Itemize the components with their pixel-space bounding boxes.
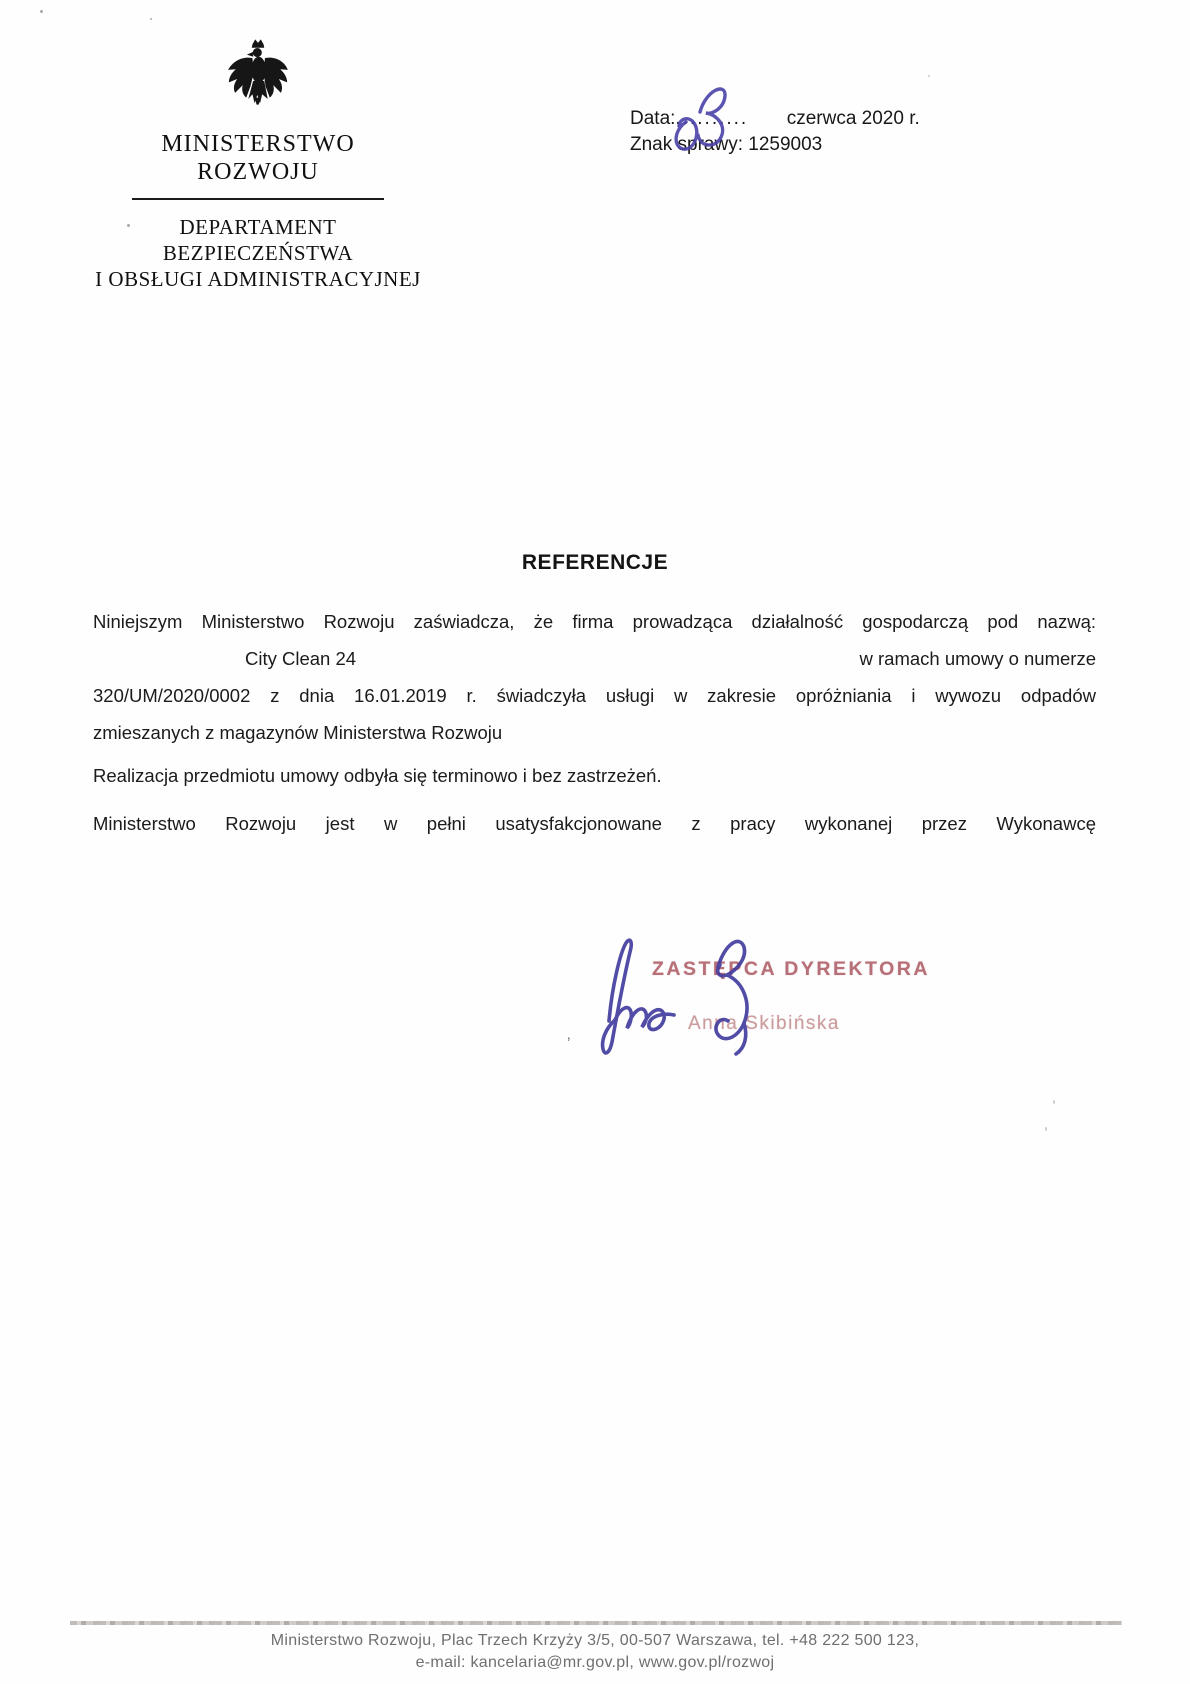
footer-contact-line: e-mail: kancelaria@mr.gov.pl, www.gov.pl…: [0, 1652, 1190, 1674]
scan-comma-artifact: ʼ: [567, 1040, 571, 1050]
paragraph-realization: Realizacja przedmiotu umowy odbyła się t…: [93, 757, 1096, 794]
company-name: City Clean 24: [245, 640, 356, 677]
paragraph-satisfaction: Ministerstwo Rozwoju jest w pełni usatys…: [93, 805, 1096, 842]
polish-eagle-emblem-icon: [226, 38, 290, 106]
document-title: REFERENCJE: [0, 551, 1190, 575]
scan-speck: [127, 224, 130, 227]
document-page: MINISTERSTWO ROZWOJU DEPARTAMENT BEZPIEC…: [0, 0, 1190, 1684]
department-name-line1: DEPARTAMENT: [58, 214, 458, 240]
letterhead: MINISTERSTWO ROZWOJU DEPARTAMENT BEZPIEC…: [58, 38, 458, 292]
date-suffix: czerwca 2020 r.: [787, 108, 920, 129]
handwritten-date-ink: [664, 80, 746, 154]
body-line-2: City Clean 24 w ramach umowy o numerze: [93, 640, 1096, 677]
ministry-name-line1: MINISTERSTWO: [58, 130, 458, 158]
ministry-name-line2: ROZWOJU: [58, 158, 458, 186]
footer-address-line: Ministerstwo Rozwoju, Plac Trzech Krzyży…: [0, 1630, 1190, 1652]
scan-speck: [1053, 1100, 1055, 1104]
scan-speck: [40, 10, 43, 13]
scan-speck: [928, 75, 930, 77]
department-name-line2: BEZPIECZEŃSTWA: [58, 240, 458, 266]
letterhead-divider: [132, 198, 384, 200]
body-paragraph-1: Niniejszym Ministerstwo Rozwoju zaświadc…: [93, 603, 1096, 751]
date-line: Data:.......... czerwca 2020 r.: [630, 106, 920, 132]
body-line-4: zmieszanych z magazynów Ministerstwa Roz…: [93, 714, 1096, 751]
signature-ink: [575, 925, 775, 1065]
meta-block: Data:.......... czerwca 2020 r. Znak spr…: [630, 106, 920, 158]
body-line-1: Niniejszym Ministerstwo Rozwoju zaświadc…: [93, 603, 1096, 640]
scan-speck: [1045, 1127, 1047, 1131]
department-name-line3: I OBSŁUGI ADMINISTRACYJNEJ: [58, 266, 458, 292]
contract-intro: w ramach umowy o numerze: [860, 640, 1096, 677]
scan-speck: [150, 18, 152, 20]
footer-divider: [70, 1621, 1122, 1625]
body-line-3: 320/UM/2020/0002 z dnia 16.01.2019 r. św…: [93, 677, 1096, 714]
